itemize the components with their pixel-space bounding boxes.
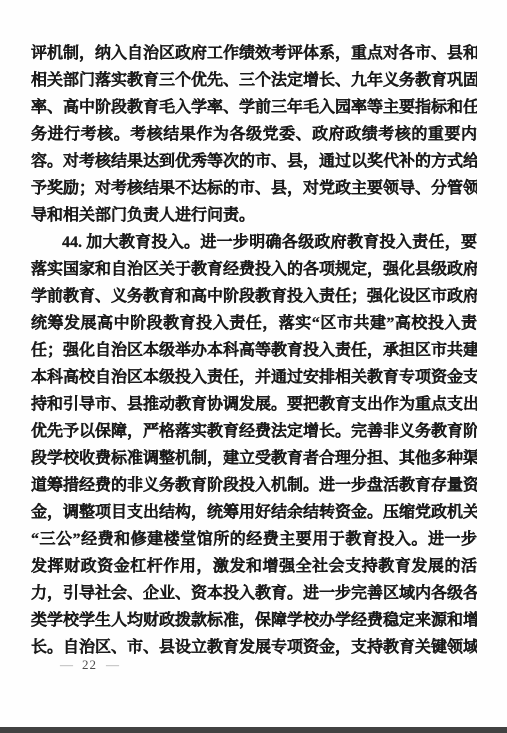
text-line: 道筹措经费的非义务教育阶段投入机制。进一步盘活教育存量资 [31, 472, 477, 499]
text-line: 44. 加大教育投入。进一步明确各级政府教育投入责任，要 [31, 229, 477, 256]
text-line: “三公”经费和修建楼堂馆所的经费主要用于教育投入。进一步 [31, 526, 477, 553]
text-line: 段学校收费标准调整机制，建立受教育者合理分担、其他多种渠 [31, 445, 477, 472]
text-line: 金，调整项目支出结构，统筹用好结余结转资金。压缩党政机关 [31, 499, 477, 526]
text-line: 力，引导社会、企业、资本投入教育。进一步完善区域内各级各 [31, 580, 477, 607]
text-line: 务进行考核。考核结果作为各级党委、政府政绩考核的重要内 [31, 121, 477, 148]
text-line: 予奖励；对考核结果不达标的市、县，对党政主要领导、分管领 [31, 175, 477, 202]
text-line: 导和相关部门负责人进行问责。 [31, 202, 477, 229]
text-line: 落实国家和自治区关于教育经费投入的各项规定，强化县级政府 [31, 256, 477, 283]
page-number-footer: — 22 — [60, 657, 119, 673]
text-line: 优先予以保障，严格落实教育经费法定增长。完善非义务教育阶 [31, 418, 477, 445]
text-line: 相关部门落实教育三个优先、三个法定增长、九年义务教育巩固 [31, 67, 477, 94]
document-page: 评机制，纳入自治区政府工作绩效考评体系，重点对各市、县和 相关部门落实教育三个优… [0, 0, 507, 733]
text-line: 评机制，纳入自治区政府工作绩效考评体系，重点对各市、县和 [31, 40, 477, 67]
body-text: 评机制，纳入自治区政府工作绩效考评体系，重点对各市、县和 相关部门落实教育三个优… [31, 40, 477, 661]
text-line: 学前教育、义务教育和高中阶段教育投入责任；强化设区市政府 [31, 283, 477, 310]
text-line: 率、高中阶段教育毛入学率、学前三年毛入园率等主要指标和任 [31, 94, 477, 121]
footer-right-dash: — [106, 657, 119, 673]
text-line: 本科高校自治区本级投入责任，并通过安排相关教育专项资金支 [31, 364, 477, 391]
text-line: 类学校学生人均财政拨款标准，保障学校办学经费稳定来源和增 [31, 607, 477, 634]
text-line: 任；强化自治区本级举办本科高等教育投入责任，承担区市共建 [31, 337, 477, 364]
footer-left-dash: — [60, 657, 73, 673]
text-line: 持和引导市、县推动教育协调发展。要把教育支出作为重点支出 [31, 391, 477, 418]
text-line: 统筹发展高中阶段教育投入责任，落实“区市共建”高校投入责 [31, 310, 477, 337]
text-line: 发挥财政资金杠杆作用，激发和增强全社会支持教育发展的活 [31, 553, 477, 580]
page-number: 22 [82, 657, 97, 673]
text-line: 容。对考核结果达到优秀等次的市、县，通过以奖代补的方式给 [31, 148, 477, 175]
scan-bottom-edge [0, 727, 507, 733]
